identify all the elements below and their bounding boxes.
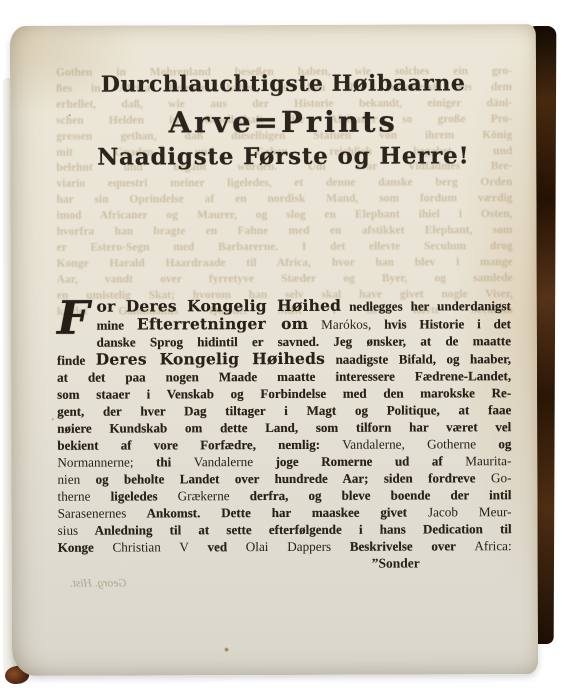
body-line: mine Efterretninger om Marókos, hvis His… xyxy=(57,314,511,334)
body-lines: or Deres Kongelig Høihed nedlegges her u… xyxy=(57,296,512,556)
book-photograph: Gothen in Mohrenland beseßen haben, wie … xyxy=(0,0,568,700)
body-line: Normannerne; thi Vandalerne joge Romerne… xyxy=(57,452,511,471)
body-line: gent, der hver Dag tiltager i Magt og Po… xyxy=(57,401,511,420)
body-line: nien og beholte Landet over hundrede Aar… xyxy=(57,469,511,488)
body-line: som staaer i Venskab og Forbindelse med … xyxy=(57,384,511,403)
body-line: bekient af vore Forfædre, nemlig: Vandal… xyxy=(57,435,511,454)
book-page: Gothen in Mohrenland beseßen haben, wie … xyxy=(10,24,538,676)
body-line: at det paa nogen Maade maatte interesser… xyxy=(57,367,511,386)
body-line: Konge Christian V ved Olai Dappers Beskr… xyxy=(58,537,512,556)
body-line: therne ligeledes Grækerne derfra, og ble… xyxy=(57,486,511,505)
body-line: nøiere Kundskab om dette Land, som tilfo… xyxy=(57,418,511,437)
dedication-body: F or Deres Kongelig Høihed nedlegges her… xyxy=(57,296,512,574)
catchword: ”Sonder xyxy=(58,554,512,574)
drop-cap-initial: F xyxy=(57,298,97,337)
heading-line-3: Naadigste Første og Herre! xyxy=(56,142,510,172)
foxing-spot xyxy=(51,418,54,421)
body-line: or Deres Kongelig Høihed nedlegges her u… xyxy=(57,296,511,316)
body-line: sius Anledning til at sette efterfølgend… xyxy=(58,520,512,539)
bleedthrough-bottom-note: Georg. Hist. xyxy=(70,578,127,590)
body-line: Sarasenernes Ankomst. Dette har maaskee … xyxy=(58,503,512,522)
dedication-heading: Durchlauchtigste Høibaarne Arve=Prints N… xyxy=(56,70,510,172)
foxing-spot xyxy=(68,114,71,117)
heading-line-2: Arve=Prints xyxy=(56,105,510,139)
body-line: finde Deres Kongelig Høiheds naadigste B… xyxy=(57,349,511,369)
heading-line-1: Durchlauchtigste Høibaarne xyxy=(56,70,510,98)
foxing-spot xyxy=(224,647,229,652)
